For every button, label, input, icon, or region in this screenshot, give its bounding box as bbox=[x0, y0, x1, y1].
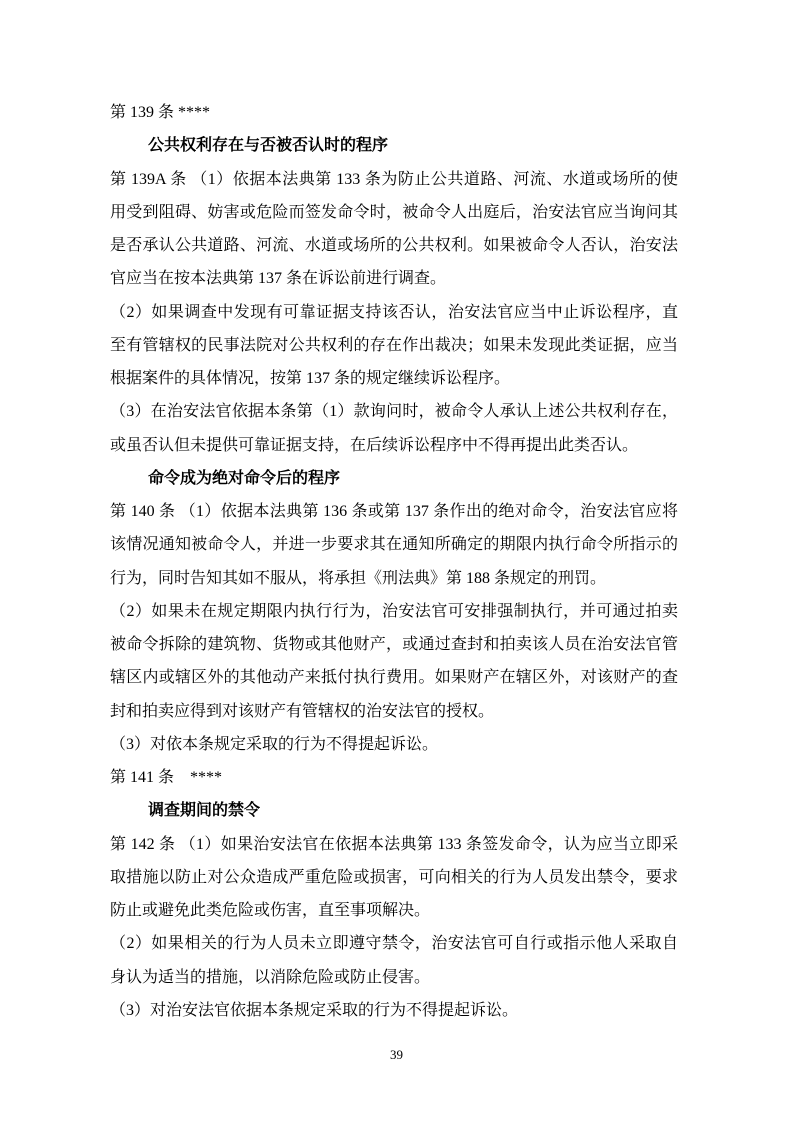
page-body: 第 139 条 **** 公共权利存在与否被否认时的程序 第 139A 条 （1… bbox=[110, 96, 678, 1027]
paragraph-line: 行为，同时告知其如不服从，将承担《刑法典》第 188 条规定的刑罚。 bbox=[110, 562, 678, 595]
paragraph-line: （3）在治安法官依据本条第（1）款询问时，被命令人承认上述公共权利存在， bbox=[110, 395, 678, 428]
paragraph-line: 至有管辖权的民事法院对公共权利的存在作出裁决；如果未发现此类证据，应当 bbox=[110, 329, 678, 362]
paragraph-line: 根据案件的具体情况，按第 137 条的规定继续诉讼程序。 bbox=[110, 362, 678, 395]
paragraph-line: （3）对治安法官依据本条规定采取的行为不得提起诉讼。 bbox=[110, 994, 678, 1027]
section-heading: 调查期间的禁令 bbox=[110, 794, 678, 827]
paragraph-line: 或虽否认但未提供可靠证据支持，在后续诉讼程序中不得再提出此类否认。 bbox=[110, 429, 678, 462]
section-heading: 公共权利存在与否被否认时的程序 bbox=[110, 129, 678, 162]
paragraph-line: （3）对依本条规定采取的行为不得提起诉讼。 bbox=[110, 728, 678, 761]
paragraph-line: 第 140 条 （1）依据本法典第 136 条或第 137 条作出的绝对命令，治… bbox=[110, 495, 678, 528]
paragraph-line: 身认为适当的措施，以消除危险或防止侵害。 bbox=[110, 961, 678, 994]
paragraph-line: 被命令拆除的建筑物、货物或其他财产，或通过查封和拍卖该人员在治安法官管 bbox=[110, 628, 678, 661]
document-page: 第 139 条 **** 公共权利存在与否被否认时的程序 第 139A 条 （1… bbox=[0, 0, 793, 1122]
paragraph-line: 是否承认公共道路、河流、水道或场所的公共权利。如果被命令人否认，治安法 bbox=[110, 229, 678, 262]
paragraph-line: 封和拍卖应得到对该财产有管辖权的治安法官的授权。 bbox=[110, 695, 678, 728]
paragraph-line: 防止或避免此类危险或伤害，直至事项解决。 bbox=[110, 894, 678, 927]
paragraph-line: 用受到阻碍、妨害或危险而签发命令时，被命令人出庭后，治安法官应当询问其 bbox=[110, 196, 678, 229]
paragraph-line: （2）如果调查中发现有可靠证据支持该否认，治安法官应当中止诉讼程序，直 bbox=[110, 296, 678, 329]
page-number: 39 bbox=[0, 1046, 793, 1064]
paragraph-line: 该情况通知被命令人，并进一步要求其在通知所确定的期限内执行命令所指示的 bbox=[110, 528, 678, 561]
paragraph-line: 辖区内或辖区外的其他动产来抵付执行费用。如果财产在辖区外，对该财产的查 bbox=[110, 661, 678, 694]
paragraph-line: 取措施以防止对公众造成严重危险或损害，可向相关的行为人员发出禁令，要求 bbox=[110, 861, 678, 894]
section-heading: 命令成为绝对命令后的程序 bbox=[110, 462, 678, 495]
paragraph-line: 第 139A 条 （1）依据本法典第 133 条为防止公共道路、河流、水道或场所… bbox=[110, 163, 678, 196]
article-139-header: 第 139 条 **** bbox=[110, 96, 678, 129]
paragraph-line: （2）如果相关的行为人员未立即遵守禁令，治安法官可自行或指示他人采取自 bbox=[110, 927, 678, 960]
paragraph-line: 第 142 条 （1）如果治安法官在依据本法典第 133 条签发命令，认为应当立… bbox=[110, 828, 678, 861]
paragraph-line: （2）如果未在规定期限内执行行为，治安法官可安排强制执行，并可通过拍卖 bbox=[110, 595, 678, 628]
paragraph-line: 官应当在按本法典第 137 条在诉讼前进行调查。 bbox=[110, 262, 678, 295]
article-141-header: 第 141 条 **** bbox=[110, 761, 678, 794]
